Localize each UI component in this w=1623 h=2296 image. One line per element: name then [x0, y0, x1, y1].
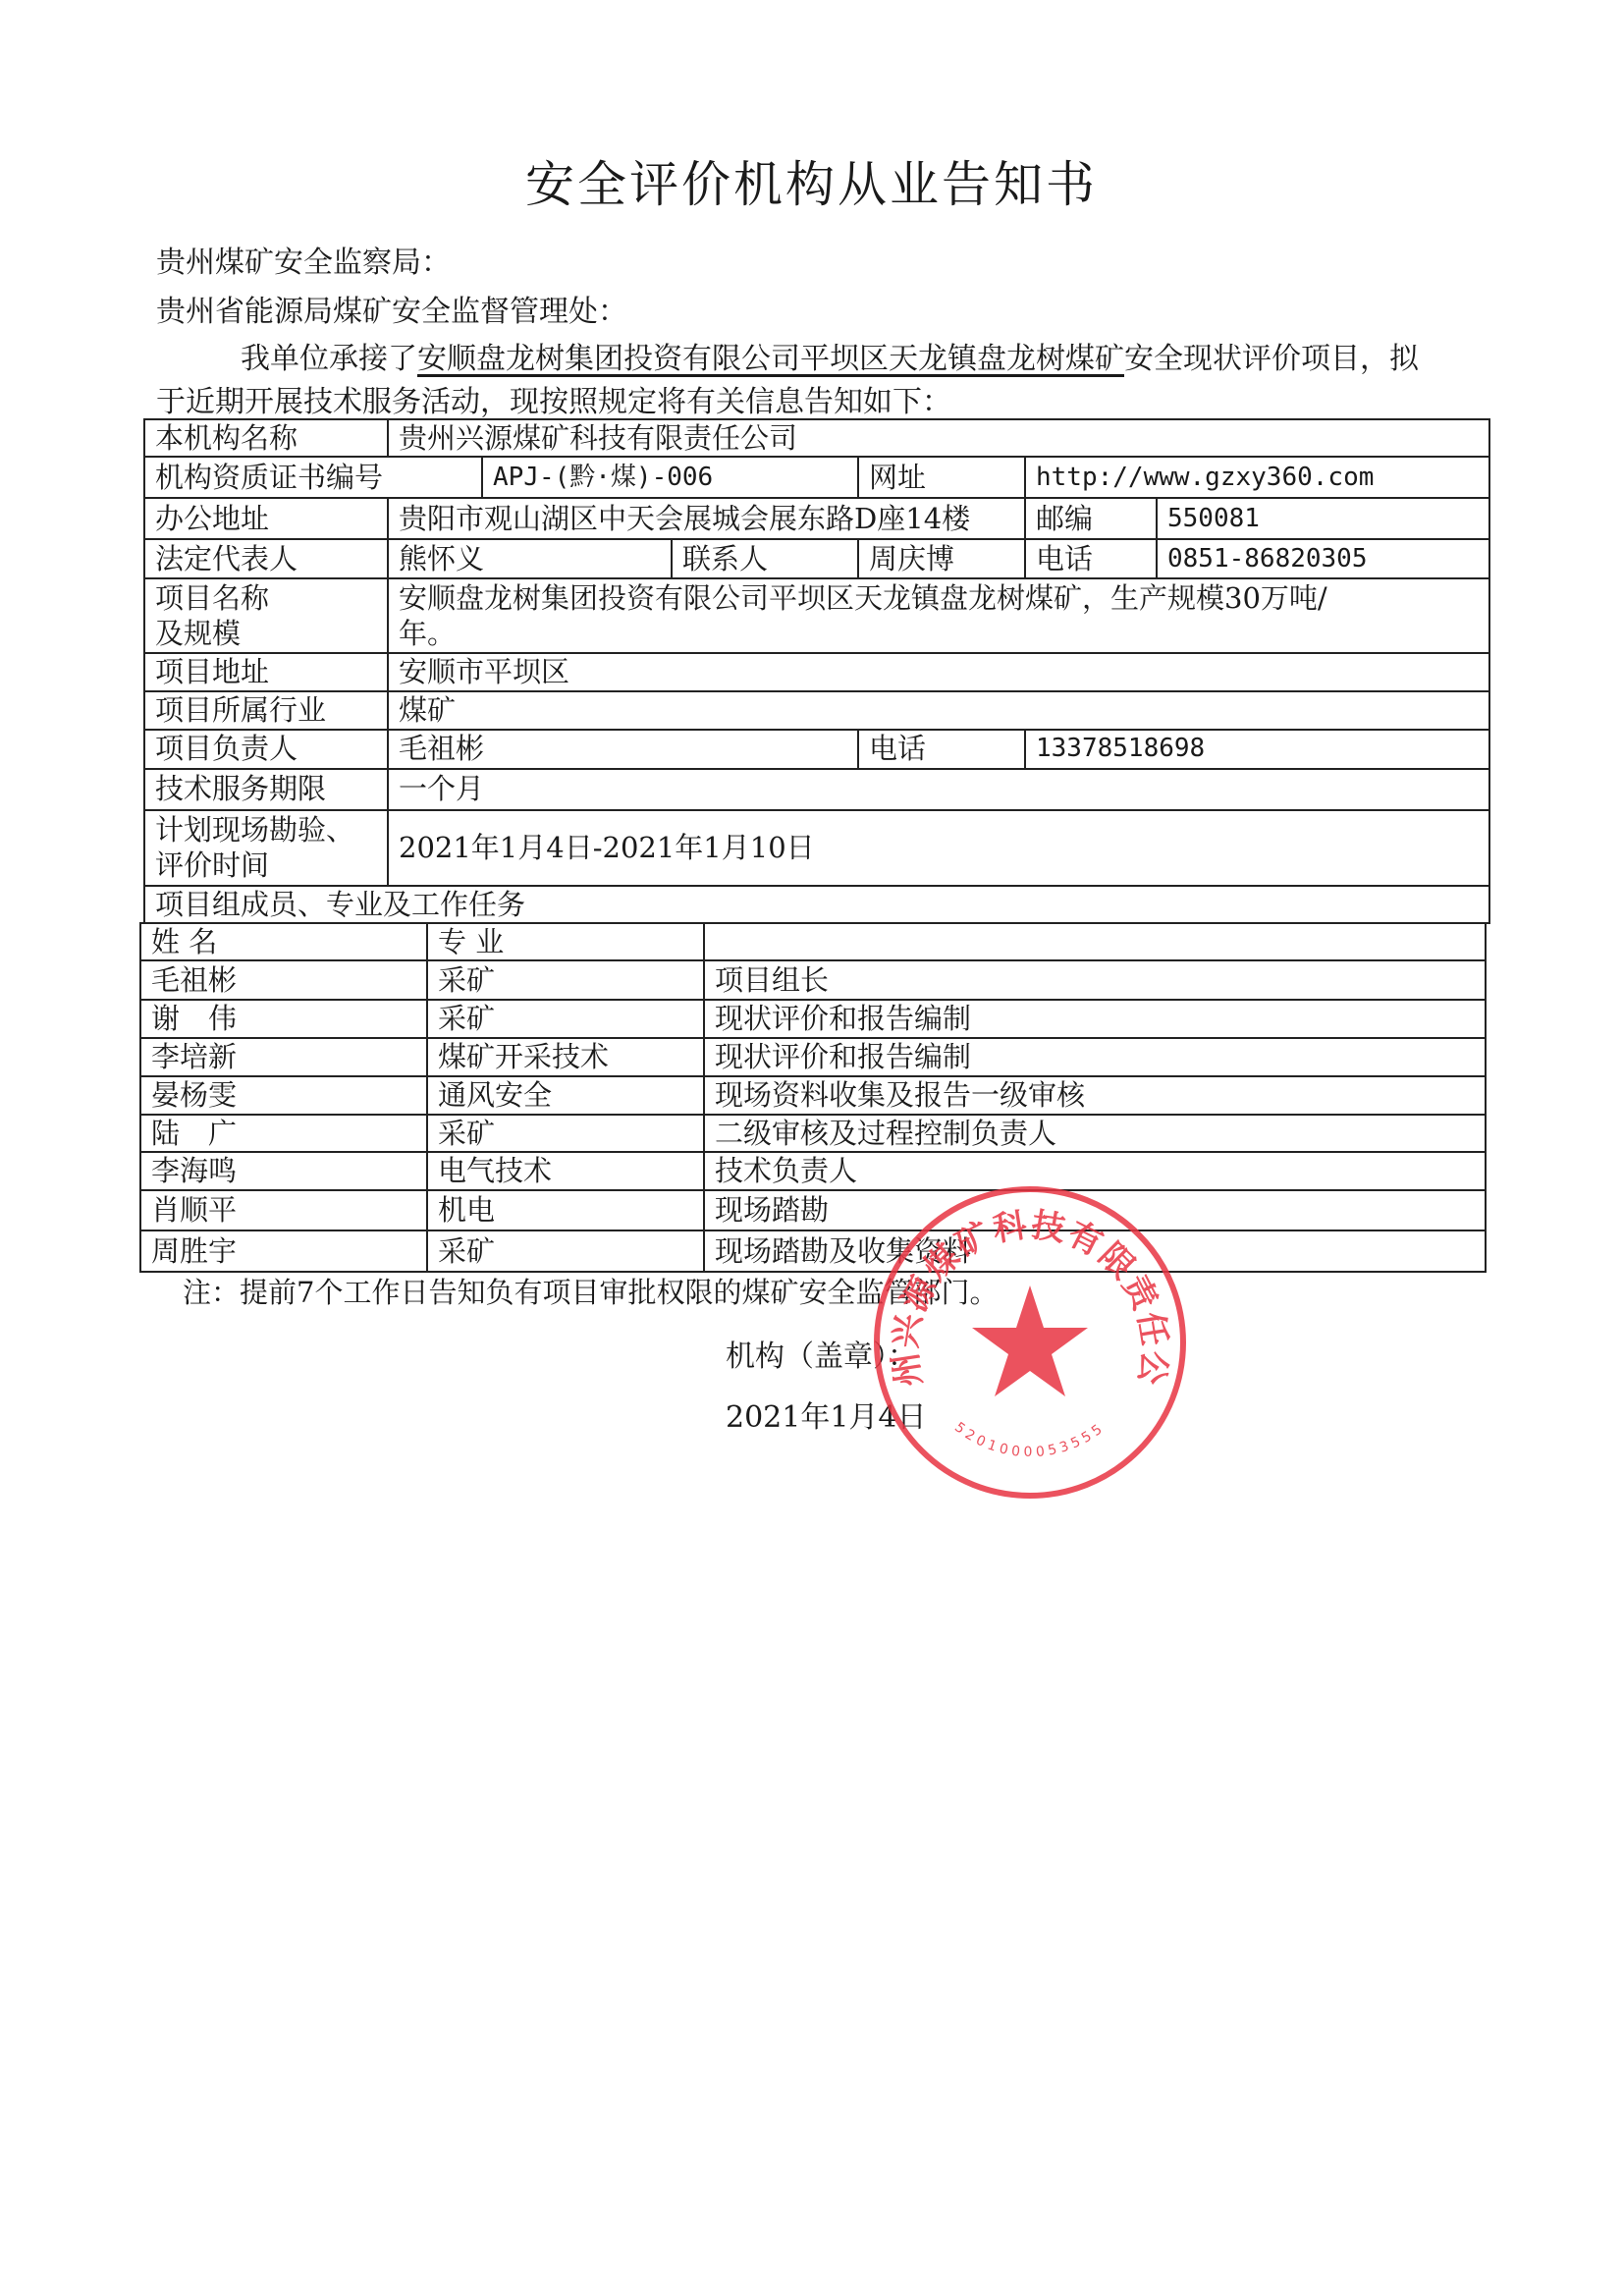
- industry-label: 项目所属行业: [144, 691, 388, 730]
- member-major: 采矿: [427, 1230, 704, 1272]
- project-name-value: 安顺盘龙树集团投资有限公司平坝区天龙镇盘龙树煤矿，生产规模30万吨/ 年。: [388, 578, 1489, 653]
- member-major: 煤矿开采技术: [427, 1038, 704, 1076]
- schedule-label-line1: 计划现场勘验、: [155, 812, 377, 847]
- member-major: 机电: [427, 1190, 704, 1230]
- recipient-2: 贵州省能源局煤矿安全监督管理处：: [156, 287, 627, 330]
- member-name: 毛祖彬: [140, 960, 427, 1000]
- member-task: 现状评价和报告编制: [704, 1000, 1486, 1037]
- intro-suffix: 安全现状评价项目，拟: [1124, 342, 1419, 376]
- legal-rep-label: 法定代表人: [144, 539, 388, 578]
- schedule-label-line2: 评价时间: [155, 847, 377, 883]
- intro-line-1: 我单位承接了安顺盘龙树集团投资有限公司平坝区天龙镇盘龙树煤矿安全现状评价项目，拟: [241, 334, 1419, 377]
- table-row: 李海鸣 电气技术 技术负责人: [140, 1152, 1486, 1190]
- seal-label: 机构（盖章）：: [726, 1332, 917, 1375]
- member-name: 李海鸣: [140, 1152, 427, 1190]
- address-value: 贵阳市观山湖区中天会展城会展东路D座14楼: [388, 498, 1025, 539]
- service-period-label: 技术服务期限: [144, 769, 388, 810]
- header-name: 姓 名: [140, 923, 427, 960]
- agency-info-table: 本机构名称 贵州兴源煤矿科技有限责任公司 机构资质证书编号 APJ-(黔·煤)-…: [143, 418, 1490, 924]
- manager-value: 毛祖彬: [388, 730, 858, 769]
- member-major: 采矿: [427, 1115, 704, 1152]
- industry-value: 煤矿: [388, 691, 1489, 730]
- org-name-label: 本机构名称: [144, 419, 388, 457]
- cert-label: 机构资质证书编号: [144, 457, 482, 498]
- website-label: 网址: [858, 457, 1025, 498]
- member-major: 采矿: [427, 1000, 704, 1037]
- member-task: 现状评价和报告编制: [704, 1038, 1486, 1076]
- member-name: 晏杨雯: [140, 1076, 427, 1115]
- project-name-label-line1: 项目名称: [155, 580, 377, 616]
- recipient-1: 贵州煤矿安全监察局：: [156, 238, 451, 281]
- contact-label: 联系人: [672, 539, 858, 578]
- team-table: 姓 名 专 业 毛祖彬 采矿 项目组长 谢 伟 采矿 现状评价和报告编制 李培新…: [139, 922, 1487, 1273]
- member-name: 李培新: [140, 1038, 427, 1076]
- schedule-value: 2021年1月4日-2021年1月10日: [388, 810, 1489, 886]
- intro-prefix: 我单位承接了: [241, 342, 417, 376]
- project-address-value: 安顺市平坝区: [388, 653, 1489, 690]
- member-name: 谢 伟: [140, 1000, 427, 1037]
- table-row: 陆 广 采矿 二级审核及过程控制负责人: [140, 1115, 1486, 1152]
- team-section-label: 项目组成员、专业及工作任务: [144, 886, 1489, 923]
- postcode-value: 550081: [1157, 498, 1489, 539]
- address-label: 办公地址: [144, 498, 388, 539]
- member-task: 现场踏勘及收集资料: [704, 1230, 1486, 1272]
- postcode-label: 邮编: [1025, 498, 1157, 539]
- intro-line-2: 于近期开展技术服务活动，现按照规定将有关信息告知如下：: [156, 377, 951, 420]
- manager-phone-label: 电话: [858, 730, 1025, 769]
- manager-label: 项目负责人: [144, 730, 388, 769]
- member-task: 二级审核及过程控制负责人: [704, 1115, 1486, 1152]
- table-row: 谢 伟 采矿 现状评价和报告编制: [140, 1000, 1486, 1037]
- project-name-label: 项目名称 及规模: [144, 578, 388, 653]
- table-row: 李培新 煤矿开采技术 现状评价和报告编制: [140, 1038, 1486, 1076]
- table-row: 周胜宇 采矿 现场踏勘及收集资料: [140, 1230, 1486, 1272]
- cert-value: APJ-(黔·煤)-006: [482, 457, 858, 498]
- project-name-line1: 安顺盘龙树集团投资有限公司平坝区天龙镇盘龙树煤矿，生产规模30万吨/: [399, 580, 1479, 616]
- phone-value: 0851-86820305: [1157, 539, 1489, 578]
- member-major: 采矿: [427, 960, 704, 1000]
- member-name: 周胜宇: [140, 1230, 427, 1272]
- org-name-value: 贵州兴源煤矿科技有限责任公司: [388, 419, 1489, 457]
- member-major: 通风安全: [427, 1076, 704, 1115]
- legal-rep-value: 熊怀义: [388, 539, 672, 578]
- member-name: 陆 广: [140, 1115, 427, 1152]
- header-major: 专 业: [427, 923, 704, 960]
- member-task: 项目组长: [704, 960, 1486, 1000]
- service-period-value: 一个月: [388, 769, 1489, 810]
- member-task: 技术负责人: [704, 1152, 1486, 1190]
- project-name-label-line2: 及规模: [155, 616, 377, 651]
- project-name-line2: 年。: [399, 616, 1479, 651]
- manager-phone-value: 13378518698: [1025, 730, 1489, 769]
- footnote: 注：提前7个工作日告知负有项目审批权限的煤矿安全监管部门。: [183, 1271, 998, 1311]
- project-address-label: 项目地址: [144, 653, 388, 690]
- table-row: 肖顺平 机电 现场踏勘: [140, 1190, 1486, 1230]
- contact-value: 周庆博: [858, 539, 1025, 578]
- website-value[interactable]: http://www.gzxy360.com: [1025, 457, 1489, 498]
- schedule-label: 计划现场勘验、 评价时间: [144, 810, 388, 886]
- header-task: [704, 923, 1486, 960]
- svg-text:5201000053555: 5201000053555: [951, 1419, 1109, 1460]
- member-task: 现场资料收集及报告一级审核: [704, 1076, 1486, 1115]
- page-title: 安全评价机构从业告知书: [0, 145, 1623, 216]
- member-task: 现场踏勘: [704, 1190, 1486, 1230]
- table-row: 晏杨雯 通风安全 现场资料收集及报告一级审核: [140, 1076, 1486, 1115]
- member-name: 肖顺平: [140, 1190, 427, 1230]
- signature-date: 2021年1月4日: [726, 1393, 927, 1436]
- table-row: 毛祖彬 采矿 项目组长: [140, 960, 1486, 1000]
- seal-code: 5201000053555: [951, 1419, 1109, 1460]
- intro-project-name: 安顺盘龙树集团投资有限公司平坝区天龙镇盘龙树煤矿: [417, 342, 1124, 376]
- member-major: 电气技术: [427, 1152, 704, 1190]
- phone-label: 电话: [1025, 539, 1157, 578]
